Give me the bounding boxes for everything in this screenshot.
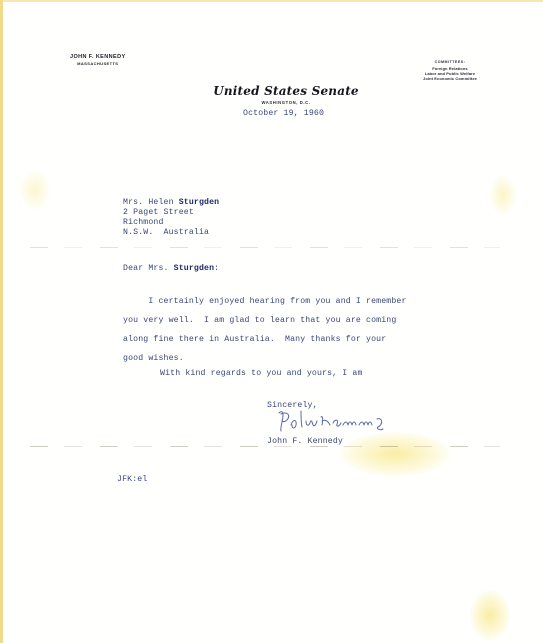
salutation: Dear Mrs. Sturgden: bbox=[123, 263, 219, 274]
sender-state: MASSACHUSETTS bbox=[70, 61, 126, 66]
recipient-name-prefix: Mrs. Helen bbox=[123, 198, 179, 207]
signer-name: John F. Kennedy bbox=[267, 436, 343, 447]
institution-city: WASHINGTON, D.C. bbox=[208, 100, 364, 105]
fold-line bbox=[30, 446, 500, 447]
committees-heading: COMMITTEES: bbox=[423, 60, 477, 65]
stain-mark bbox=[20, 170, 50, 210]
institution-title: United States Senate bbox=[208, 84, 364, 98]
reference-initials: JFK:el bbox=[117, 474, 147, 485]
letter-body: I certainly enjoyed hearing from you and… bbox=[123, 292, 407, 368]
letterhead-committees: COMMITTEES: Foreign Relations Labor and … bbox=[423, 60, 477, 81]
letterhead-sender: JOHN F. KENNEDY MASSACHUSETTS bbox=[70, 54, 126, 66]
salutation-prefix: Dear Mrs. bbox=[123, 264, 174, 273]
salutation-surname: Sturgden bbox=[174, 264, 215, 273]
committee-item: Joint Economic Committee bbox=[423, 76, 477, 81]
body-line: you very well. I am glad to learn that y… bbox=[123, 316, 396, 325]
sender-name: JOHN F. KENNEDY bbox=[70, 54, 126, 60]
letter-date: October 19, 1960 bbox=[243, 108, 324, 119]
recipient-city: Richmond bbox=[123, 218, 164, 227]
body-line: along fine there in Australia. Many than… bbox=[123, 335, 386, 344]
letter-page: JOHN F. KENNEDY MASSACHUSETTS COMMITTEES… bbox=[0, 0, 543, 643]
stain-mark bbox=[340, 432, 450, 476]
salutation-suffix: : bbox=[214, 264, 219, 273]
recipient-address: Mrs. Helen Sturgden 2 Paget Street Richm… bbox=[123, 198, 219, 238]
handwritten-signature bbox=[275, 405, 415, 437]
recipient-surname: Sturgden bbox=[179, 198, 220, 207]
recipient-street: 2 Paget Street bbox=[123, 208, 194, 217]
body-line: good wishes. bbox=[123, 354, 184, 363]
body-line: I certainly enjoyed hearing from you and… bbox=[123, 297, 407, 306]
closing-line: With kind regards to you and yours, I am bbox=[160, 368, 363, 379]
recipient-country: N.S.W. Australia bbox=[123, 228, 209, 237]
stain-mark bbox=[490, 175, 516, 215]
stain-mark bbox=[470, 590, 510, 640]
fold-line bbox=[30, 247, 500, 248]
